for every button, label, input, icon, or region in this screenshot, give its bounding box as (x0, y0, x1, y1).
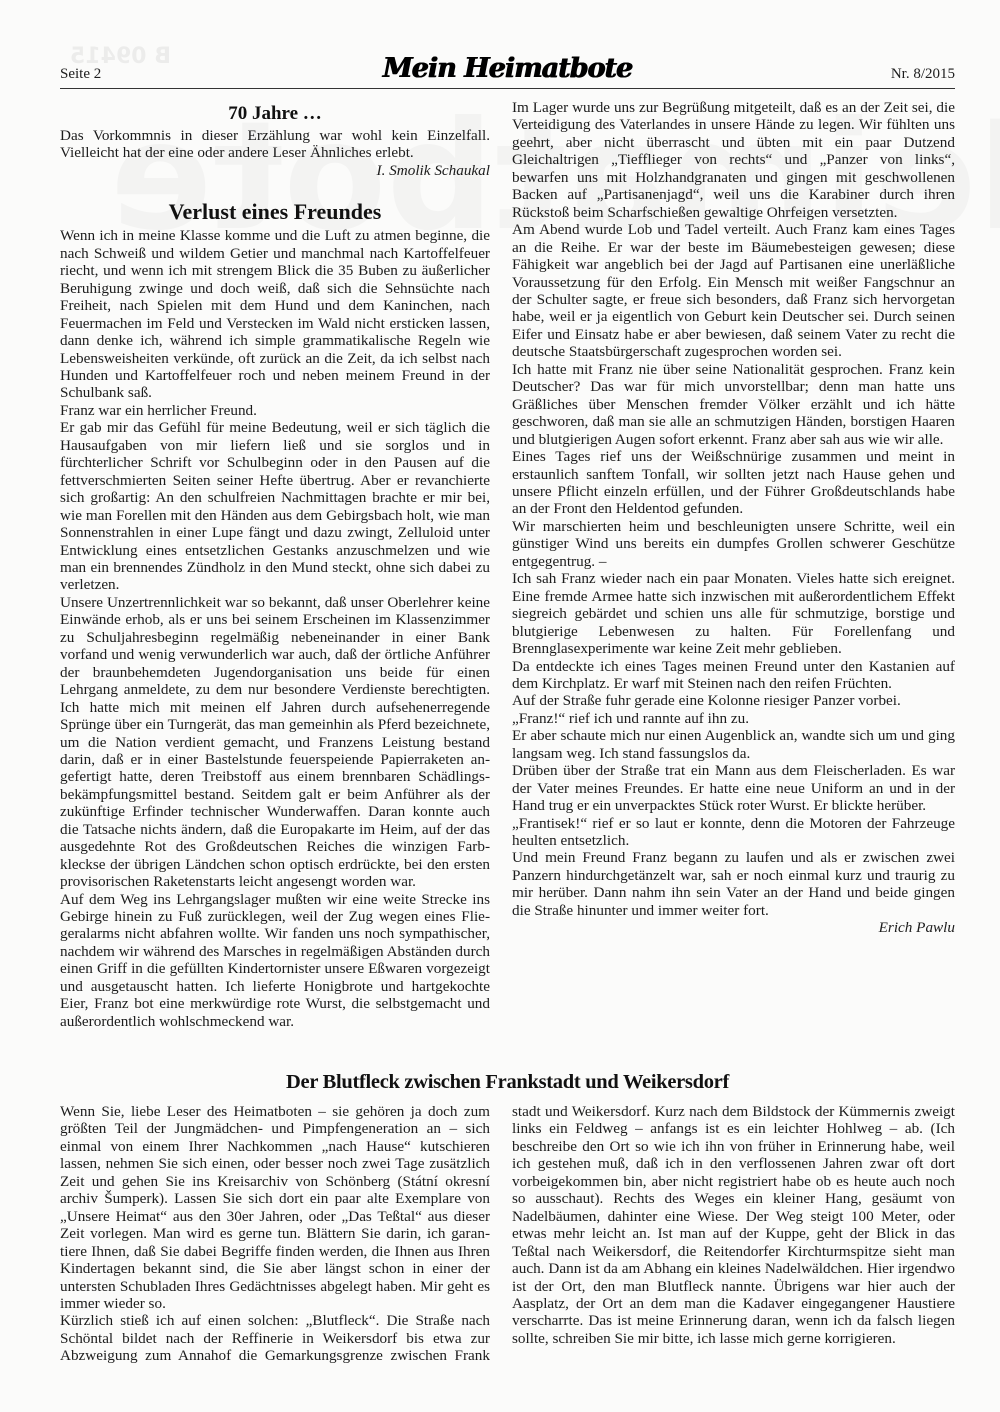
paragraph: Ich hatte mit Franz nie über seine Natio… (512, 361, 955, 448)
article-title-blutfleck: Der Blutfleck zwischen Frankstadt und We… (60, 1069, 955, 1095)
right-column: Im Lager wurde uns zur Begrüßung mitgete… (512, 99, 955, 937)
paragraph: Unsere Unzertrennlichkeit war so bekannt… (60, 594, 490, 891)
paragraph: Franz war ein herrlicher Freund. (60, 402, 490, 419)
paragraph: „Frantisek!“ rief er so laut er konnte, … (512, 815, 955, 850)
page-number: Seite 2 (60, 66, 101, 83)
paragraph: Im Lager wurde uns zur Begrüßung mitgete… (512, 99, 955, 221)
paragraph: Wir marschierten heim und beschleunigten… (512, 518, 955, 570)
issue-number: Nr. 8/2015 (891, 66, 955, 83)
paragraph: Da entdeckte ich eines Tages meinen Freu… (512, 658, 955, 693)
newspaper-page: B 09415 Heimatbote Seite 2 Mein Heimatbo… (0, 0, 1000, 1412)
paragraph: Wenn Sie, liebe Leser des Heimatboten – … (60, 1103, 490, 1312)
paragraph: Er aber schaute mich nur einen Augenblic… (512, 727, 955, 762)
byline-author: Erich Pawlu (512, 919, 955, 936)
paragraph: „Franz!“ rief ich und rannte auf ihn zu. (512, 710, 955, 727)
paragraph: Auf der Straße fuhr gerade eine Kolonne … (512, 692, 955, 709)
paragraph: Kürzlich stieß ich auf einen solchen: „B… (60, 1312, 490, 1364)
article-intro: Das Vorkommnis in dieser Erzählung war w… (60, 127, 490, 162)
page-header: Seite 2 Mein Heimatbote Nr. 8/2015 (60, 40, 955, 89)
paragraph: stadt und Weikersdorf. Kurz nach dem Bil… (512, 1103, 955, 1347)
article-title-70-jahre: 70 Jahre … (60, 103, 490, 125)
paragraph: Wenn ich in meine Klasse komme und die L… (60, 227, 490, 402)
masthead-logo: Mein Heimatbote (383, 53, 632, 84)
bottom-right-column: stadt und Weikersdorf. Kurz nach dem Bil… (512, 1103, 955, 1347)
article-title-verlust: Verlust eines Freundes (60, 199, 490, 225)
bottom-left-column: Wenn Sie, liebe Leser des Heimatboten – … (60, 1103, 490, 1365)
paragraph: Am Abend wurde Lob und Tadel verteilt. A… (512, 221, 955, 361)
paragraph: Er gab mir das Gefühl für meine Bedeutun… (60, 419, 490, 594)
paragraph: Drüben über der Straße trat ein Mann aus… (512, 762, 955, 814)
paragraph: Auf dem Weg ins Lehrgangslager mußten wi… (60, 891, 490, 1031)
left-column: 70 Jahre … Das Vorkommnis in dieser Erzä… (60, 103, 490, 1030)
byline-author: I. Smolik Schaukal (60, 162, 490, 179)
paragraph: Ich sah Franz wieder nach ein paar Monat… (512, 570, 955, 657)
paragraph: Und mein Freund Franz begann zu laufen u… (512, 849, 955, 919)
paragraph: Eines Tages rief uns der Weißschnürige z… (512, 448, 955, 518)
